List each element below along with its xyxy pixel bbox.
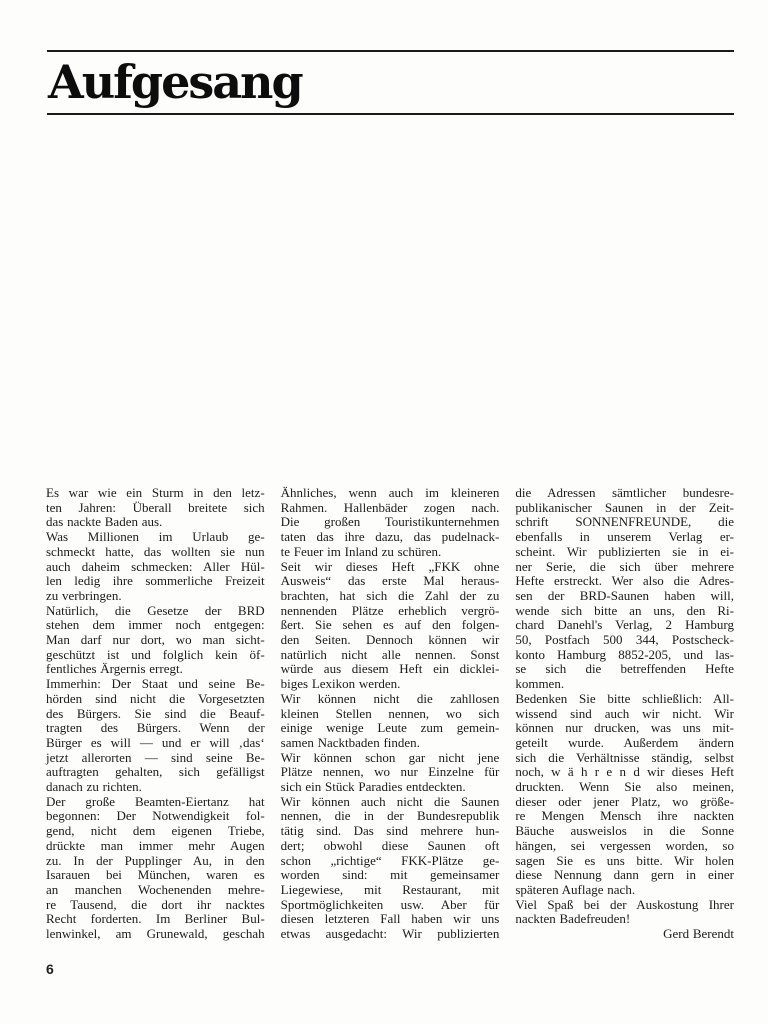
text-line: kommen. (515, 677, 734, 692)
text-line: re Mengen Mensch ihre nackten (515, 809, 734, 824)
text-line: schmeckt hatte, das wollten sie nun (46, 545, 265, 560)
text-line: Bäuche ausweislos in die Sonne (515, 824, 734, 839)
text-line: chard Danehl's Verlag, 2 Hamburg (515, 618, 734, 633)
text-line: Wir können schon gar nicht jene (281, 751, 500, 766)
text-line: nennen, die in der Bundesrepublik (281, 809, 500, 824)
text-line: Was Millionen im Urlaub ge- (46, 530, 265, 545)
text-line: den Seiten. Dennoch können wir (281, 633, 500, 648)
text-line: auch daheim schmecken: Aller Hül- (46, 560, 265, 575)
article-header: Aufgesang (47, 50, 734, 115)
text-line: nackten Badefreuden! (515, 912, 734, 927)
text-line: sagen Sie es uns bitte. Wir holen (515, 854, 734, 869)
text-line: drückte man immer mehr Augen (46, 839, 265, 854)
text-line: des Bürgers. Sie sind die Beauf- (46, 707, 265, 722)
text-line: einige wenige Leute zum gemein- (281, 721, 500, 736)
text-line: Die großen Touristikunternehmen (281, 515, 500, 530)
text-line: lenwinkel, am Grunewald, geschah (46, 927, 265, 942)
text-line: wissend sind auch wir nicht. Wir (515, 707, 734, 722)
text-line: tragten des Bürgers. Wenn der (46, 721, 265, 736)
text-line: Ähnliches, wenn auch im kleineren (281, 486, 500, 501)
magazine-page: Aufgesang Es war wie ein Sturm in den le… (0, 0, 768, 1024)
text-column-3: die Adressen sämtlicher bundesre-publika… (515, 486, 734, 942)
text-line: konto Hamburg 8852-205, und las- (515, 648, 734, 663)
text-line: hängen, sei vergessen worden, so (515, 839, 734, 854)
text-line: ner Serie, die sich über mehrere (515, 560, 734, 575)
text-line: ßert. Sie sehen es auf den folgen- (281, 618, 500, 633)
text-line: zu. In der Pupplinger Au, in den (46, 854, 265, 869)
text-line: publikanischer Saunen in der Zeit- (515, 501, 734, 516)
text-line: kleinen Stellen nennen, wo sich (281, 707, 500, 722)
text-line: danach zu richten. (46, 780, 265, 795)
text-column-2: Ähnliches, wenn auch im kleinerenRahmen.… (281, 486, 500, 942)
text-line: Recht forderten. Im Berliner Bul- (46, 912, 265, 927)
text-line: scheint. Wir publizierten sie in ei- (515, 545, 734, 560)
page-number: 6 (46, 961, 54, 977)
text-line: ten Jahren: Überall breitete sich (46, 501, 265, 516)
text-line: ebenfalls in unserem Verlag er- (515, 530, 734, 545)
text-line: dert; obwohl diese Saunen oft (281, 839, 500, 854)
text-line: wende sich bitte an uns, den Ri- (515, 604, 734, 619)
text-line: Gerd Berendt (515, 927, 734, 942)
text-line: Seit wir dieses Heft „FKK ohne (281, 560, 500, 575)
text-line: diesen letzteren Fall haben wir uns (281, 912, 500, 927)
text-line: Hefte erstreckt. Wer also die Adres- (515, 574, 734, 589)
text-line: Ausweis“ das erste Mal heraus- (281, 574, 500, 589)
text-line: die Adressen sämtlicher bundesre- (515, 486, 734, 501)
text-line: Man darf nur dort, wo man sicht- (46, 633, 265, 648)
text-line: stehen dem immer noch entgegen: (46, 618, 265, 633)
text-line: re Tausend, die dort ihr nacktes (46, 898, 265, 913)
text-line: begonnen: Der Notwendigkeit fol- (46, 809, 265, 824)
article-body: Es war wie ein Sturm in den letz-ten Jah… (46, 486, 734, 942)
text-line: Wir können nicht die zahllosen (281, 692, 500, 707)
text-line: biges Lexikon werden. (281, 677, 500, 692)
text-line: auftragten gehalten, sich gefälligst (46, 765, 265, 780)
text-line: Der große Beamten-Eiertanz hat (46, 795, 265, 810)
text-line: samen Nacktbaden finden. (281, 736, 500, 751)
text-line: geteilt wurde. Außerdem ändern (515, 736, 734, 751)
text-line: se sich die betreffenden Hefte (515, 662, 734, 677)
text-line: dieser oder jener Platz, wo größe- (515, 795, 734, 810)
text-line: 50, Postfach 500 344, Postscheck- (515, 633, 734, 648)
text-line: sen der BRD-Saunen haben will, (515, 589, 734, 604)
text-line: schrift SONNENFREUNDE, die (515, 515, 734, 530)
text-line: das nackte Baden aus. (46, 515, 265, 530)
text-line: sich die Verhältnisse ständig, selbst (515, 751, 734, 766)
text-line: Isarauen bei München, waren es (46, 868, 265, 883)
text-line: geschützt ist und folglich kein öf- (46, 648, 265, 663)
text-line: worden sind: mit gemeinsamer (281, 868, 500, 883)
text-line: schon „richtige“ FKK-Plätze ge- (281, 854, 500, 869)
text-line: würde aus diesem Heft ein dicklei- (281, 662, 500, 677)
text-line: Es war wie ein Sturm in den letz- (46, 486, 265, 501)
text-line: können nur drucken, was uns mit- (515, 721, 734, 736)
page-title: Aufgesang (47, 52, 734, 113)
text-line: gend, nicht dem eigenen Triebe, (46, 824, 265, 839)
text-line: fentliches Ärgernis erregt. (46, 662, 265, 677)
text-line: zu verbringen. (46, 589, 265, 604)
text-line: tätig sind. Das sind mehrere hun- (281, 824, 500, 839)
text-line: nennenden Plätze erheblich vergrö- (281, 604, 500, 619)
text-line: taten das ihre dazu, das pudelnack- (281, 530, 500, 545)
text-line: Plätze nennen, wo nur Einzelne für (281, 765, 500, 780)
text-line: te Feuer im Inland zu schüren. (281, 545, 500, 560)
text-column-1: Es war wie ein Sturm in den letz-ten Jah… (46, 486, 265, 942)
text-line: sich ein Stück Paradies entdeckten. (281, 780, 500, 795)
text-line: Natürlich, die Gesetze der BRD (46, 604, 265, 619)
text-line: Liegewiese, mit Restaurant, mit (281, 883, 500, 898)
text-line: diese Nennung dann gern in einer (515, 868, 734, 883)
text-line: Bürger es will — und er will ‚das‘ (46, 736, 265, 751)
text-line: hörden sind nicht die Vorgesetzten (46, 692, 265, 707)
text-line: Rahmen. Hallenbäder zogen nach. (281, 501, 500, 516)
text-line: brachten, hat sich die Zahl der zu (281, 589, 500, 604)
text-line: Sportmöglichkeiten usw. Aber für (281, 898, 500, 913)
text-line: len ledig ihre sommerliche Freizeit (46, 574, 265, 589)
text-line: jetzt allerorten — sind seine Be- (46, 751, 265, 766)
text-line: Viel Spaß bei der Auskostung Ihrer (515, 898, 734, 913)
text-line: an manchen Wochenenden mehre- (46, 883, 265, 898)
text-line: natürlich nicht alle nennen. Sonst (281, 648, 500, 663)
text-line: späteren Auflage nach. (515, 883, 734, 898)
text-line: etwas ausgedacht: Wir publizierten (281, 927, 500, 942)
text-line: Wir können auch nicht die Saunen (281, 795, 500, 810)
text-line: noch, w ä h r e n d wir dieses Heft (515, 765, 734, 780)
text-line: druckten. Wenn Sie also meinen, (515, 780, 734, 795)
text-line: Immerhin: Der Staat und seine Be- (46, 677, 265, 692)
text-line: Bedenken Sie bitte schließlich: All- (515, 692, 734, 707)
